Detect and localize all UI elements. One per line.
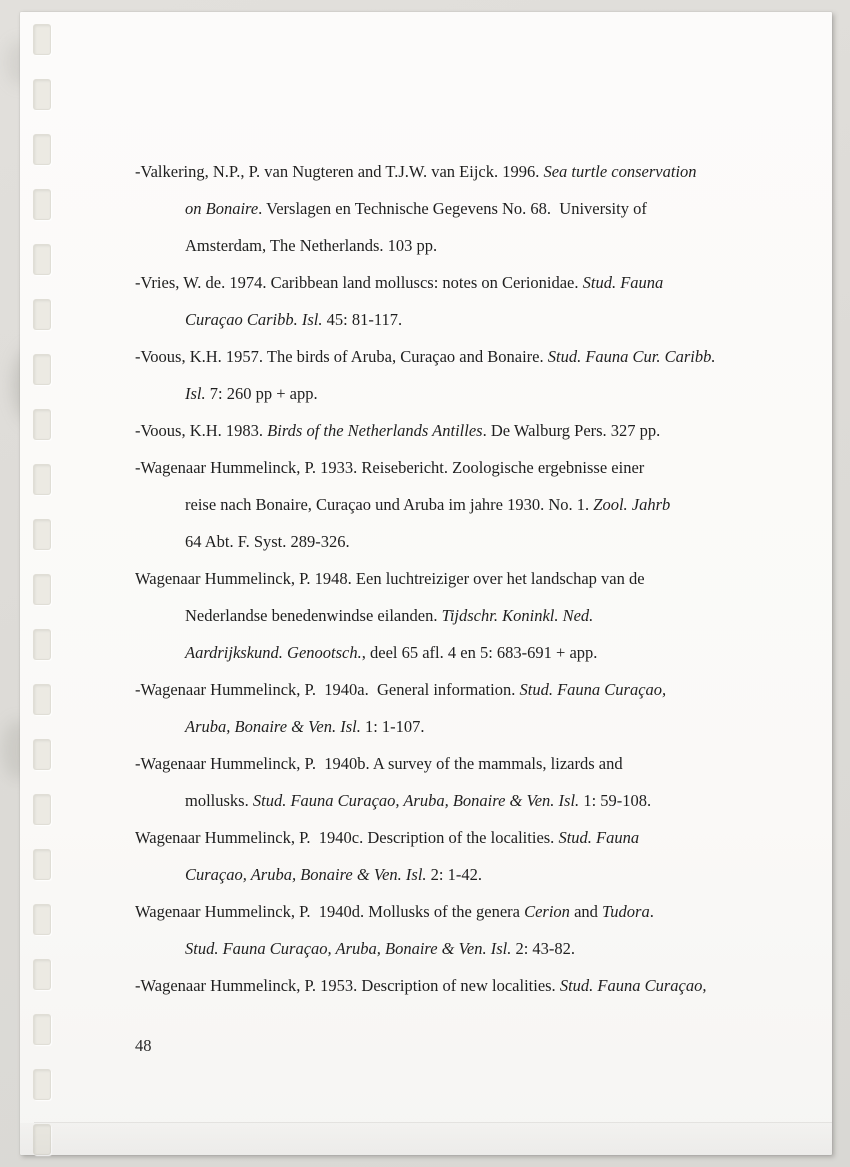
reference-text-italic: Tijdschr. Koninkl. Ned. — [442, 606, 594, 625]
reference-entry: -Wagenaar Hummelinck, P. 1940b. A survey… — [135, 745, 785, 819]
reference-text-italic: on Bonaire — [185, 199, 258, 218]
reference-text-italic: Stud. Fauna Cur. Caribb. — [548, 347, 716, 366]
reference-text-italic: Sea turtle conservation — [543, 162, 696, 181]
reference-entry: Wagenaar Hummelinck, P. 1948. Een luchtr… — [135, 560, 785, 671]
reference-text: . Verslagen en Technische Gegevens No. 6… — [258, 199, 647, 218]
reference-text: 1: 59-108. — [579, 791, 651, 810]
reference-text: 45: 81-117. — [323, 310, 403, 329]
reference-text: Wagenaar Hummelinck, P. 1940c. Descripti… — [135, 828, 558, 847]
reference-line: Aruba, Bonaire & Ven. Isl. 1: 1-107. — [135, 708, 785, 745]
binding-hole — [33, 354, 51, 385]
reference-entry: -Valkering, N.P., P. van Nugteren and T.… — [135, 153, 785, 264]
reference-text-italic: Stud. Fauna — [583, 273, 664, 292]
reference-line: Wagenaar Hummelinck, P. 1940d. Mollusks … — [135, 893, 785, 930]
reference-line: reise nach Bonaire, Curaçao und Aruba im… — [135, 486, 785, 523]
reference-line: Aardrijkskund. Genootsch., deel 65 afl. … — [135, 634, 785, 671]
binding-hole — [33, 739, 51, 770]
reference-text: -Wagenaar Hummelinck, P. 1953. Descripti… — [135, 976, 560, 995]
reference-entry: -Voous, K.H. 1983. Birds of the Netherla… — [135, 412, 785, 449]
references-list: -Valkering, N.P., P. van Nugteren and T.… — [135, 153, 785, 1004]
reference-text: Nederlandse benedenwindse eilanden. — [185, 606, 442, 625]
reference-text-italic: Tudora — [602, 902, 650, 921]
reference-text: -Wagenaar Hummelinck, P. 1940b. A survey… — [135, 754, 623, 773]
reference-text: 1: 1-107. — [361, 717, 425, 736]
reference-text: 2: 1-42. — [427, 865, 482, 884]
scanned-document-background: { "page": { "number": "48" }, "reference… — [0, 0, 850, 1167]
binding-hole — [33, 409, 51, 440]
reference-text: reise nach Bonaire, Curaçao und Aruba im… — [185, 495, 593, 514]
reference-line: Isl. 7: 260 pp + app. — [135, 375, 785, 412]
reference-text: Amsterdam, The Netherlands. 103 pp. — [185, 236, 437, 255]
binding-hole — [33, 1069, 51, 1100]
binding-hole — [33, 189, 51, 220]
binding-hole — [33, 299, 51, 330]
reference-text-italic: Cerion — [524, 902, 570, 921]
reference-text: mollusks. — [185, 791, 253, 810]
reference-entry: -Wagenaar Hummelinck, P. 1933. Reiseberi… — [135, 449, 785, 560]
reference-entry: -Wagenaar Hummelinck, P. 1940a. General … — [135, 671, 785, 745]
binding-hole — [33, 959, 51, 990]
binding-hole — [33, 24, 51, 55]
reference-entry: Wagenaar Hummelinck, P. 1940d. Mollusks … — [135, 893, 785, 967]
reference-text: Wagenaar Hummelinck, P. 1940d. Mollusks … — [135, 902, 524, 921]
binding-hole — [33, 684, 51, 715]
reference-line: -Wagenaar Hummelinck, P. 1940b. A survey… — [135, 745, 785, 782]
reference-text: 2: 43-82. — [511, 939, 575, 958]
reference-line: Curaçao Caribb. Isl. 45: 81-117. — [135, 301, 785, 338]
binding-hole — [33, 519, 51, 550]
binding-hole — [33, 629, 51, 660]
reference-text-italic: Curaçao, Aruba, Bonaire & Ven. Isl. — [185, 865, 427, 884]
reference-line: Wagenaar Hummelinck, P. 1948. Een luchtr… — [135, 560, 785, 597]
binding-hole — [33, 574, 51, 605]
reference-line: Stud. Fauna Curaçao, Aruba, Bonaire & Ve… — [135, 930, 785, 967]
binding-hole — [33, 794, 51, 825]
reference-text-italic: Stud. Fauna Curaçao, — [519, 680, 666, 699]
reference-line: on Bonaire. Verslagen en Technische Gege… — [135, 190, 785, 227]
reference-text: Wagenaar Hummelinck, P. 1948. Een luchtr… — [135, 569, 645, 588]
reference-text: -Wagenaar Hummelinck, P. 1933. Reiseberi… — [135, 458, 644, 477]
binding-hole — [33, 904, 51, 935]
binding-hole — [33, 244, 51, 275]
reference-text-italic: Zool. Jahrb — [593, 495, 670, 514]
reference-line: -Voous, K.H. 1983. Birds of the Netherla… — [135, 412, 785, 449]
reference-line: -Wagenaar Hummelinck, P. 1933. Reiseberi… — [135, 449, 785, 486]
reference-entry: -Wagenaar Hummelinck, P. 1953. Descripti… — [135, 967, 785, 1004]
reference-line: -Vries, W. de. 1974. Caribbean land moll… — [135, 264, 785, 301]
reference-line: Nederlandse benedenwindse eilanden. Tijd… — [135, 597, 785, 634]
reference-line: -Wagenaar Hummelinck, P. 1940a. General … — [135, 671, 785, 708]
reference-entry: Wagenaar Hummelinck, P. 1940c. Descripti… — [135, 819, 785, 893]
reference-text: . — [650, 902, 654, 921]
reference-line: -Valkering, N.P., P. van Nugteren and T.… — [135, 153, 785, 190]
binding-hole — [33, 1014, 51, 1045]
reference-line: mollusks. Stud. Fauna Curaçao, Aruba, Bo… — [135, 782, 785, 819]
scan-bottom-shading — [20, 1123, 832, 1155]
reference-text-italic: Birds of the Netherlands Antilles — [267, 421, 482, 440]
reference-text-italic: Stud. Fauna Curaçao, Aruba, Bonaire & Ve… — [185, 939, 511, 958]
reference-text-italic: Stud. Fauna Curaçao, Aruba, Bonaire & Ve… — [253, 791, 579, 810]
reference-text-italic: Aardrijkskund. Genootsch. — [185, 643, 362, 662]
page-number: 48 — [135, 1034, 152, 1058]
reference-text-italic: Stud. Fauna Curaçao, — [560, 976, 707, 995]
reference-text: 64 Abt. F. Syst. 289-326. — [185, 532, 350, 551]
reference-text: -Vries, W. de. 1974. Caribbean land moll… — [135, 273, 583, 292]
reference-text: . De Walburg Pers. 327 pp. — [483, 421, 661, 440]
reference-text: and — [570, 902, 602, 921]
binding-hole — [33, 849, 51, 880]
reference-entry: -Vries, W. de. 1974. Caribbean land moll… — [135, 264, 785, 338]
reference-line: Wagenaar Hummelinck, P. 1940c. Descripti… — [135, 819, 785, 856]
reference-text-italic: Aruba, Bonaire & Ven. Isl. — [185, 717, 361, 736]
reference-text: , deel 65 afl. 4 en 5: 683-691 + app. — [362, 643, 598, 662]
binding-hole — [33, 464, 51, 495]
reference-line: -Voous, K.H. 1957. The birds of Aruba, C… — [135, 338, 785, 375]
reference-line: -Wagenaar Hummelinck, P. 1953. Descripti… — [135, 967, 785, 1004]
reference-line: 64 Abt. F. Syst. 289-326. — [135, 523, 785, 560]
reference-line: Curaçao, Aruba, Bonaire & Ven. Isl. 2: 1… — [135, 856, 785, 893]
reference-text: 7: 260 pp + app. — [206, 384, 318, 403]
reference-line: Amsterdam, The Netherlands. 103 pp. — [135, 227, 785, 264]
reference-text: -Voous, K.H. 1957. The birds of Aruba, C… — [135, 347, 548, 366]
reference-text-italic: Isl. — [185, 384, 206, 403]
binding-hole — [33, 134, 51, 165]
reference-text: -Wagenaar Hummelinck, P. 1940a. General … — [135, 680, 519, 699]
reference-text-italic: Curaçao Caribb. Isl. — [185, 310, 323, 329]
binding-hole — [33, 79, 51, 110]
reference-text: -Voous, K.H. 1983. — [135, 421, 267, 440]
reference-text-italic: Stud. Fauna — [558, 828, 639, 847]
scanned-page: -Valkering, N.P., P. van Nugteren and T.… — [20, 12, 832, 1155]
reference-text: -Valkering, N.P., P. van Nugteren and T.… — [135, 162, 543, 181]
reference-entry: -Voous, K.H. 1957. The birds of Aruba, C… — [135, 338, 785, 412]
